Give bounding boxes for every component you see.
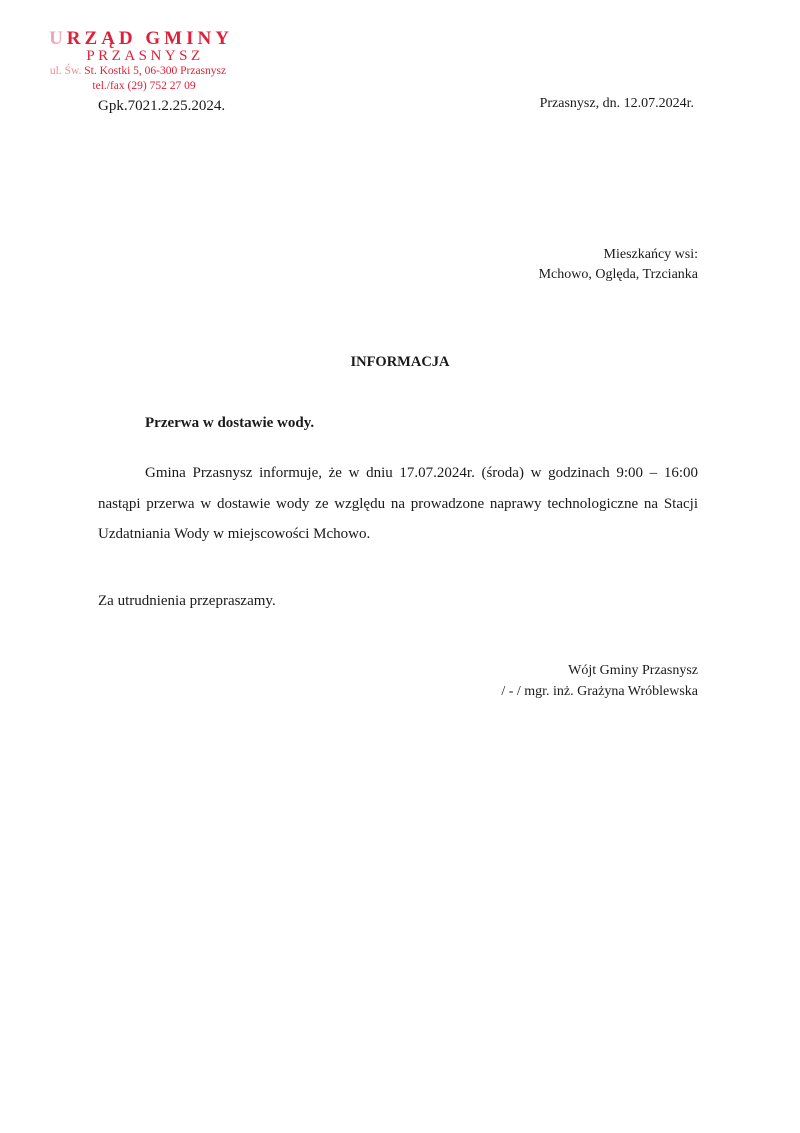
body-paragraph: Gmina Przasnysz informuje, że w dniu 17.… [98,458,698,550]
stamp-address: ul. Św. St. Kostki 5, 06-300 Przasnysz [30,64,246,79]
document-title: INFORMACJA [0,354,800,371]
stamp-office-name: URZĄD GMINY [36,28,246,50]
stamp-office-name-text: RZĄD GMINY [67,28,233,49]
stamp-faded-letter: U [49,28,67,49]
addressee-line-2: Mchowo, Oględa, Trzcianka [539,265,698,285]
stamp-municipality: PRZASNYSZ [36,49,246,64]
signature-block: Wójt Gminy Przasnysz / - / mgr. inż. Gra… [501,660,698,702]
document-subtitle: Przerwa w dostawie wody. [145,415,314,432]
signature-name: / - / mgr. inż. Grażyna Wróblewska [501,681,698,702]
office-stamp: URZĄD GMINY PRZASNYSZ ul. Św. St. Kostki… [36,28,246,93]
stamp-phone: tel./fax (29) 752 27 09 [36,79,246,93]
signature-title: Wójt Gminy Przasnysz [501,660,698,681]
addressee: Mieszkańcy wsi: Mchowo, Oględa, Trzciank… [539,245,698,285]
stamp-address-text: St. Kostki 5, 06-300 Przasnysz [81,65,226,77]
addressee-line-1: Mieszkańcy wsi: [539,245,698,265]
place-date: Przasnysz, dn. 12.07.2024r. [540,96,694,112]
reference-number: Gpk.7021.2.25.2024. [98,98,225,115]
closing-sentence: Za utrudnienia przepraszamy. [98,593,276,610]
stamp-address-faded: ul. Św. [50,65,82,77]
